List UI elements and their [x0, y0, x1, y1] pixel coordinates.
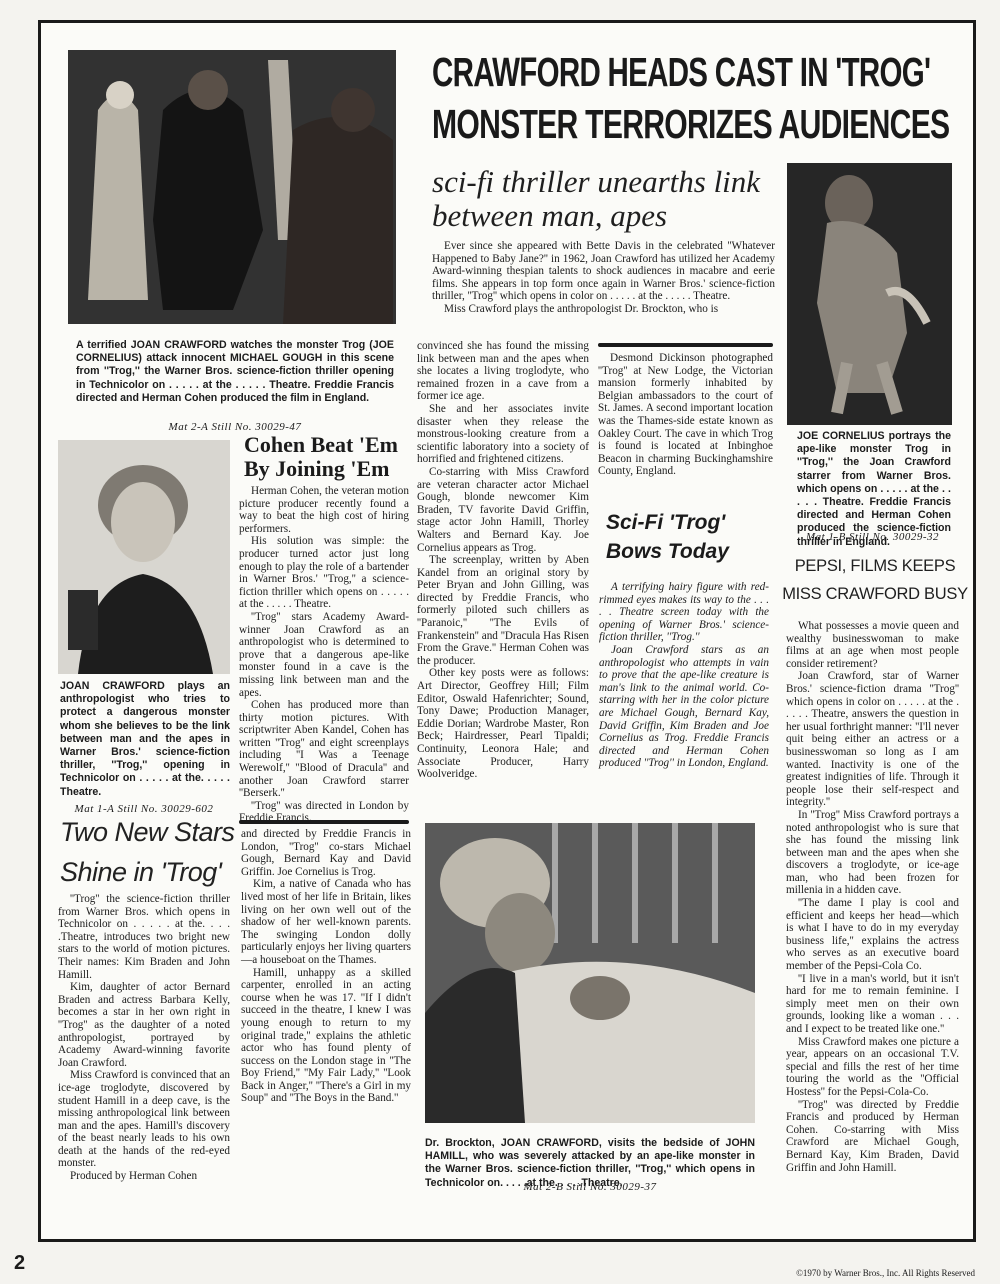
pepsi-paragraph: ''Trog'' was directed by Freddie Francis…	[786, 1099, 959, 1175]
main-column-paragraph: The screenplay, written by Aben Kandel f…	[417, 554, 589, 667]
pepsi-story-body: What possesses a movie queen and wealthy…	[786, 620, 959, 1174]
pepsi-headline: PEPSI, FILMS KEEPS MISS CRAWFORD BUSY	[780, 552, 970, 608]
scifi-headline: Sci-Fi 'Trog' Bows Today	[606, 508, 776, 566]
photo-trog-attack	[68, 50, 396, 324]
cohen-paragraph: Cohen has produced more than thirty moti…	[239, 699, 409, 800]
two-stars-headline-line1: Two New Stars	[60, 812, 235, 852]
pepsi-paragraph: In ''Trog'' Miss Crawford portrays a not…	[786, 809, 959, 897]
main-deck: sci-fi thriller unearths link between ma…	[432, 165, 772, 233]
scifi-paragraph: Joan Crawford stars as an anthropologist…	[599, 644, 769, 770]
two-stars-paragraph: Kim, daughter of actor Bernard Braden an…	[58, 981, 230, 1069]
cohen-headline-line2: By Joining 'Em	[244, 457, 414, 481]
cohen-headline: Cohen Beat 'Em By Joining 'Em	[244, 433, 414, 481]
pepsi-headline-line1: PEPSI, FILMS KEEPS	[780, 552, 970, 580]
cohen-headline-line1: Cohen Beat 'Em	[244, 433, 414, 457]
photo-crawford-portrait-caption: JOAN CRAWFORD plays an anthropologist wh…	[60, 680, 230, 799]
photo-bedside	[425, 823, 755, 1123]
pepsi-paragraph: Miss Crawford makes one picture a year, …	[786, 1036, 959, 1099]
photo-trog-monster-mat: Mat 1-B Still No. 30029-32	[790, 531, 955, 543]
continuation-paragraph: Desmond Dickinson photographed ''Trog'' …	[598, 352, 773, 478]
scifi-headline-line2: Bows Today	[606, 537, 776, 566]
main-column-paragraph: convinced she has found the missing link…	[417, 340, 589, 403]
pepsi-paragraph: What possesses a movie queen and wealthy…	[786, 620, 959, 670]
main-column-paragraph: She and her associates invite disaster w…	[417, 403, 589, 466]
photo-crawford-portrait-image	[58, 440, 230, 674]
photo-trog-monster	[787, 163, 952, 425]
column-rule	[598, 343, 773, 347]
deck-line2: between man, apes	[432, 199, 772, 233]
main-headline-line1: CRAWFORD HEADS CAST IN 'TROG'	[432, 50, 930, 94]
two-stars-col2: and directed by Freddie Francis in Londo…	[241, 828, 411, 1105]
scifi-paragraph: A terrifying hairy figure with red-rimme…	[599, 581, 769, 644]
pepsi-paragraph: Joan Crawford, star of Warner Bros.' sci…	[786, 670, 959, 809]
two-stars-paragraph: ''Trog'' the science-fiction thriller fr…	[58, 893, 230, 981]
photo-bedside-image	[425, 823, 755, 1123]
pepsi-paragraph: ''The dame I play is cool and efficient …	[786, 897, 959, 973]
pepsi-paragraph: ''I live in a man's world, but it isn't …	[786, 973, 959, 1036]
two-stars-continuation: and directed by Freddie Francis in Londo…	[241, 828, 411, 878]
main-intro-paragraph: Ever since she appeared with Bette Davis…	[432, 240, 775, 303]
scifi-headline-line1: Sci-Fi 'Trog'	[606, 508, 776, 537]
main-headline-line2: MONSTER TERRORIZES AUDIENCES	[432, 102, 949, 146]
pepsi-headline-line2: MISS CRAWFORD BUSY	[780, 580, 970, 608]
main-intro-paragraph: Miss Crawford plays the anthropologist D…	[432, 303, 775, 316]
page-number: 2	[14, 1252, 25, 1275]
cohen-paragraph: His solution was simple: the producer tu…	[239, 535, 409, 611]
two-stars-col1: ''Trog'' the science-fiction thriller fr…	[58, 893, 230, 1183]
photo-bedside-mat: Mat 2-B Still No. 30029-37	[425, 1181, 755, 1193]
main-story-column: convinced she has found the missing link…	[417, 340, 589, 781]
two-stars-paragraph: Kim, a native of Canada who has lived mo…	[241, 878, 411, 966]
cohen-paragraph: ''Trog'' stars Academy Award-winner Joan…	[239, 611, 409, 699]
column-rule	[239, 820, 409, 824]
main-story-continuation: Desmond Dickinson photographed ''Trog'' …	[598, 352, 773, 478]
main-column-paragraph: Co-starring with Miss Crawford are veter…	[417, 466, 589, 554]
two-stars-headline-line2: Shine in 'Trog'	[60, 852, 235, 892]
two-stars-paragraph: Hamill, unhappy as a skilled carpenter, …	[241, 967, 411, 1106]
main-story-intro: Ever since she appeared with Bette Davis…	[432, 240, 775, 316]
photo-trog-attack-image	[68, 50, 396, 324]
scifi-story-body: A terrifying hairy figure with red-rimme…	[599, 581, 769, 770]
two-stars-paragraph: Miss Crawford is convinced that an ice-a…	[58, 1069, 230, 1170]
two-stars-headline: Two New Stars Shine in 'Trog'	[60, 812, 235, 892]
photo-trog-monster-image	[787, 163, 952, 425]
cohen-story-body: Herman Cohen, the veteran motion picture…	[239, 485, 409, 825]
photo-crawford-portrait	[58, 440, 230, 674]
deck-line1: sci-fi thriller unearths link	[432, 165, 772, 199]
copyright-notice: ©1970 by Warner Bros., Inc. All Rights R…	[760, 1268, 975, 1278]
photo-trog-attack-caption: A terrified JOAN CRAWFORD watches the mo…	[76, 339, 394, 405]
main-column-paragraph: Other key posts were as follows: Art Dir…	[417, 667, 589, 780]
cohen-paragraph: Herman Cohen, the veteran motion picture…	[239, 485, 409, 535]
two-stars-paragraph: Produced by Herman Cohen	[58, 1170, 230, 1183]
